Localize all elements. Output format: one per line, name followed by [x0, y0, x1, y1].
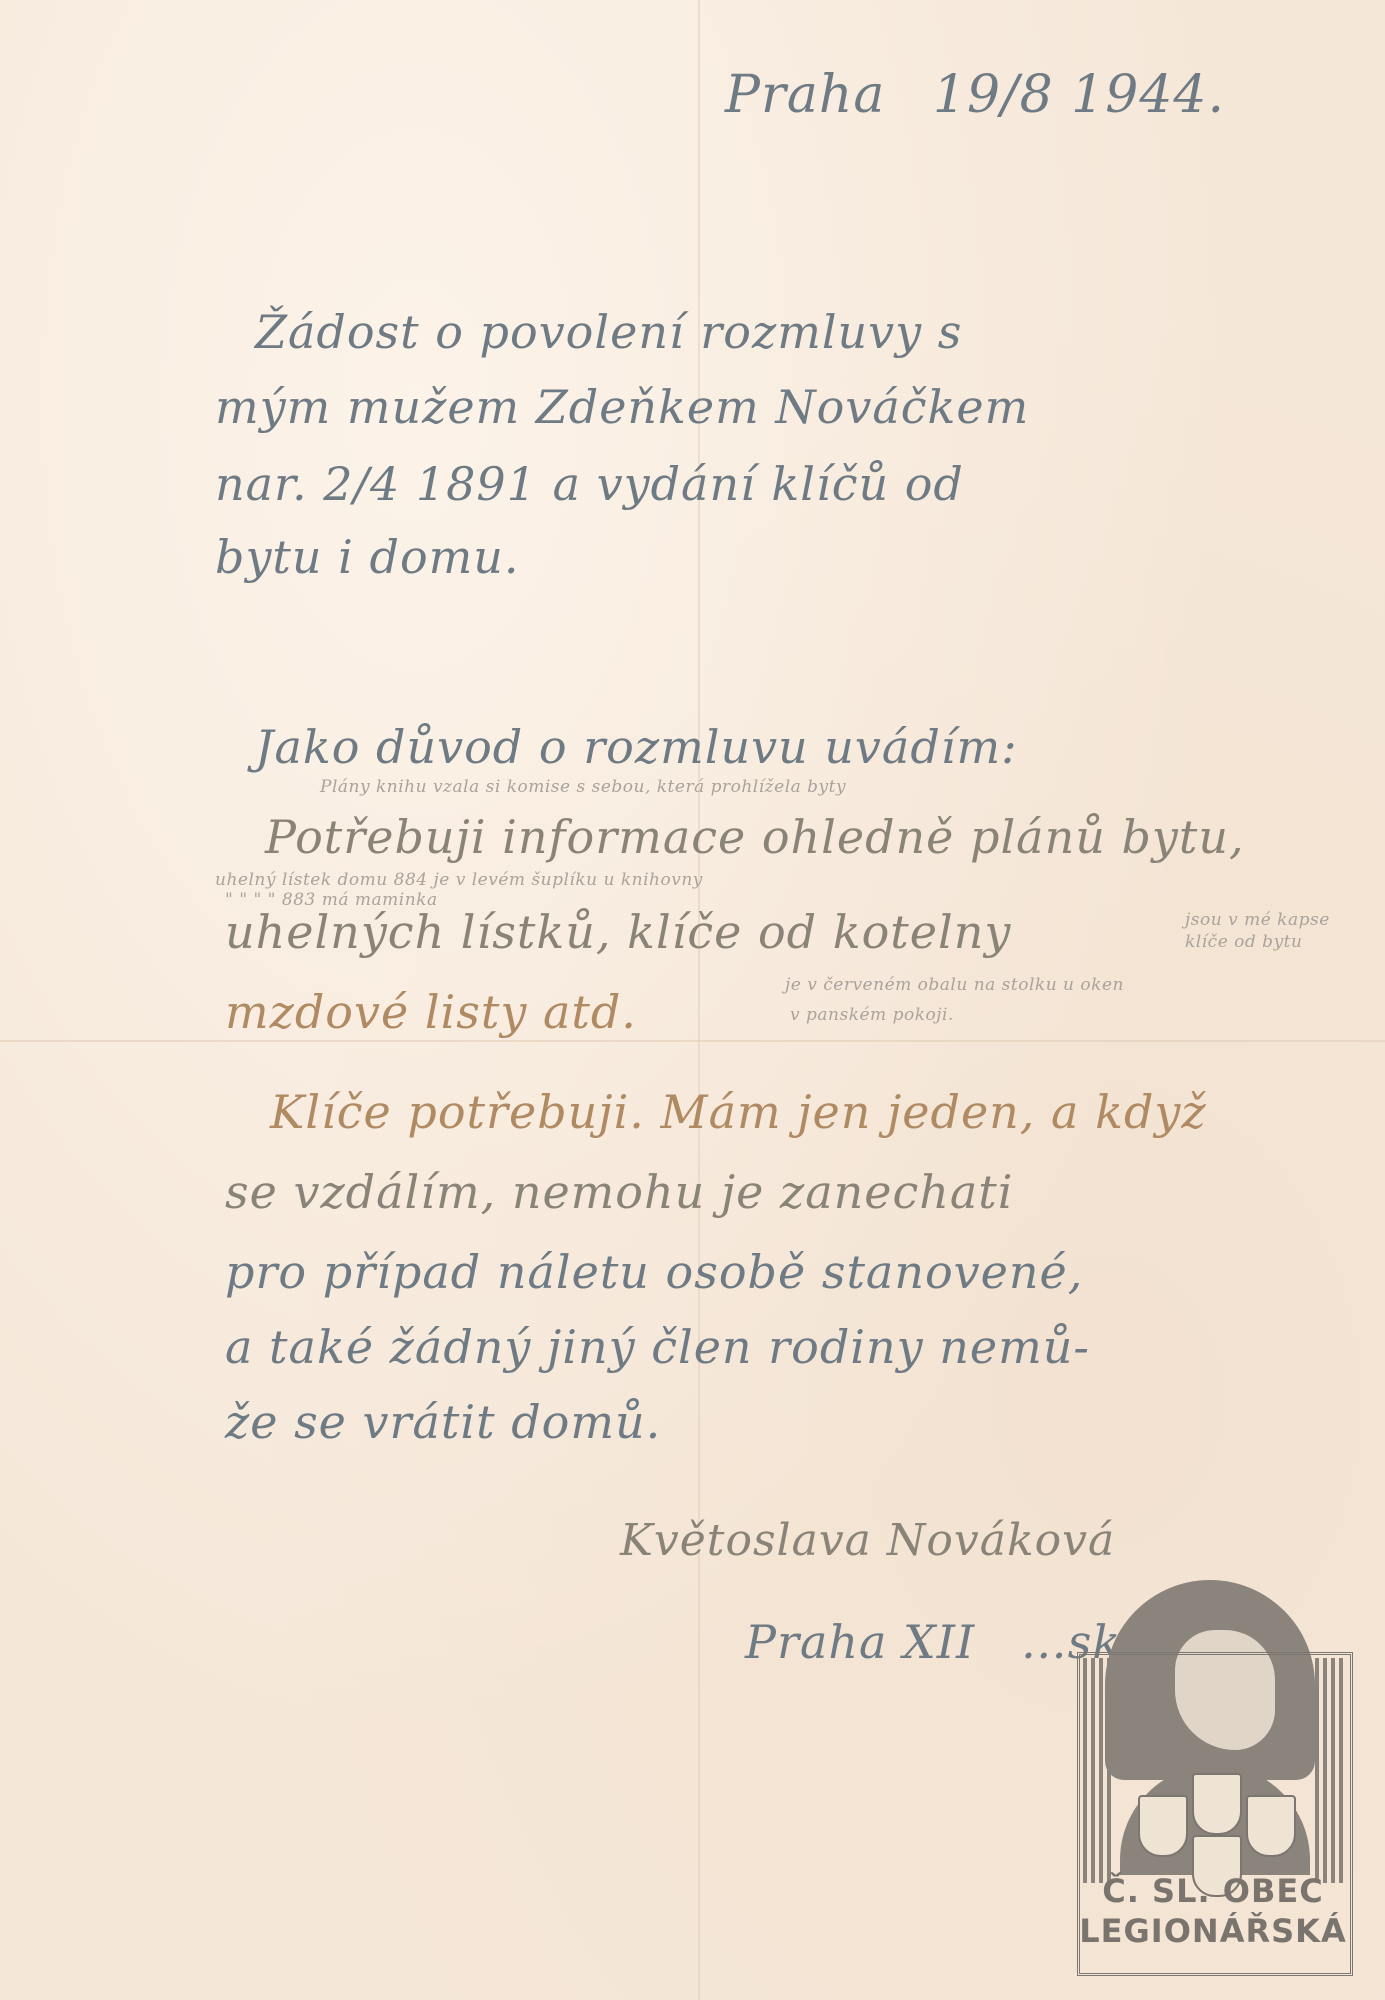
date: 19/8 1944. [933, 65, 1225, 125]
body-line: a také žádný jiný člen rodiny nemů- [225, 1320, 1090, 1374]
pencil-annotation: Plány knihu vzala si komise s sebou, kte… [320, 777, 846, 797]
body-line: mým mužem Zdeňkem Nováčkem [215, 380, 1029, 434]
body-line: uhelných lístků, klíče od kotelny [225, 905, 1011, 959]
stamp-text-line2: LEGIONÁŘSKÁ [1077, 1912, 1349, 1950]
stamp-text-line1: Č. SL. OBEC [1077, 1872, 1349, 1910]
legion-stamp-logo: Č. SL. OBEC LEGIONÁŘSKÁ [1075, 1580, 1355, 1980]
vertical-fold-crease [698, 0, 700, 2000]
signature-name: Květoslava Nováková [620, 1515, 1115, 1566]
signature-city: Praha XII [745, 1615, 975, 1669]
body-line: že se vrátit domů. [225, 1395, 661, 1449]
letter-header: Praha 19/8 1944. [725, 65, 1225, 125]
body-line: Potřebuji informace ohledně plánů bytu, [265, 810, 1245, 864]
pencil-annotation: klíče od bytu [1185, 932, 1302, 952]
body-line: mzdové listy atd. [225, 985, 637, 1039]
place: Praha [725, 65, 885, 125]
body-line: pro případ náletu osobě stanovené, [225, 1245, 1083, 1299]
pencil-annotation: je v červeném obalu na stolku u oken [785, 975, 1124, 995]
pencil-annotation: uhelný lístek domu 884 je v levém šuplík… [215, 870, 703, 890]
horizontal-fold-crease [0, 1040, 1385, 1042]
pencil-annotation: jsou v mé kapse [1185, 910, 1330, 930]
body-line: Klíče potřebuji. Mám jen jeden, a když [270, 1085, 1207, 1139]
body-line: Žádost o povolení rozmluvy s [255, 305, 962, 359]
body-line: Jako důvod o rozmluvu uvádím: [255, 720, 1018, 774]
body-line: se vzdálím, nemohu je zanechati [225, 1165, 1014, 1219]
body-line: bytu i domu. [215, 530, 520, 584]
body-line: nar. 2/4 1891 a vydání klíčů od [215, 457, 964, 511]
pencil-annotation: v panském pokoji. [790, 1005, 954, 1025]
